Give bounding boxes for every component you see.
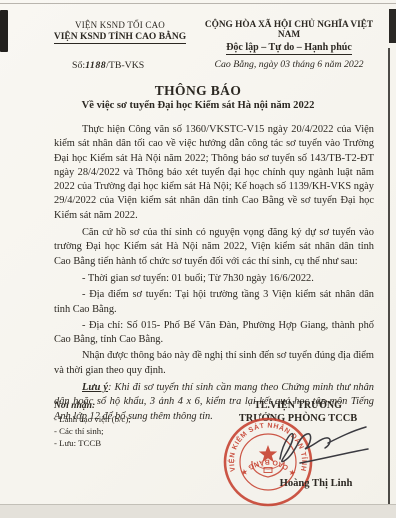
place-and-date: Cao Bằng, ngày 03 tháng 6 năm 2022 (196, 59, 382, 70)
bullet-venue: - Địa điểm sơ tuyển: Tại hội trường tầng… (54, 288, 374, 317)
paragraph-legal-basis: Thực hiện Công văn số 1360/VKSTC-V15 ngà… (54, 123, 374, 223)
parent-agency-name: VIỆN KSND TỐI CAO (34, 20, 206, 30)
bullet-time: - Thời gian sơ tuyển: 01 buổi; Từ 7h30 n… (54, 272, 374, 286)
agency-name: VIỆN KSND TỈNH CAO BẰNG (34, 32, 206, 44)
scan-margin-bottom (0, 505, 396, 518)
scan-edge-right (388, 48, 390, 504)
signer-name: Hoàng Thị Linh (248, 478, 384, 489)
recipient-item: - Lưu: TCCB (54, 438, 131, 448)
national-title: CỘNG HÒA XÃ HỘI CHỦ NGHĨA VIỆT NAM (196, 20, 382, 40)
recipients-label: Nơi nhận: (54, 400, 131, 411)
paragraph-instruction: Nhận được thông báo này đề nghị thí sinh… (54, 349, 374, 378)
handwritten-signature (270, 417, 374, 477)
scan-artifact-top-right (389, 9, 396, 43)
scan-artifact-top-left (0, 10, 8, 52)
signer-authority: TL.VIỆN TRƯỞNG (208, 400, 388, 411)
document-number: Số:1188/TB-VKS (72, 60, 144, 71)
national-motto-block: CỘNG HÒA XÃ HỘI CHỦ NGHĨA VIỆT NAM Độc l… (196, 20, 382, 55)
paragraph-purpose: Căn cứ hồ sơ của thí sinh có nguyện vọng… (54, 226, 374, 269)
recipients-block: Nơi nhận: - Lãnh đạo viện (b/c); - Các t… (54, 400, 131, 448)
recipient-item: - Lãnh đạo viện (b/c); (54, 414, 131, 424)
document-number-suffix: /TB-VKS (106, 60, 144, 71)
national-motto: Độc lập – Tự do – Hạnh phúc (196, 42, 382, 55)
issuing-agency-block: VIỆN KSND TỐI CAO VIỆN KSND TỈNH CAO BẰN… (34, 20, 206, 44)
document-number-handwritten: 1188 (85, 60, 106, 71)
document-body: Thực hiện Công văn số 1360/VKSTC-V15 ngà… (54, 123, 374, 427)
document-title: THÔNG BÁO (0, 83, 396, 99)
scanned-document-page: VIỆN KSND TỐI CAO VIỆN KSND TỈNH CAO BẰN… (0, 0, 396, 518)
note-label: Lưu ý (82, 382, 108, 393)
document-subtitle: Về việc sơ tuyển Đại học Kiểm sát Hà nội… (0, 100, 396, 111)
recipient-item: - Các thí sinh; (54, 426, 131, 436)
document-number-label: Số: (72, 60, 85, 71)
scan-edge-top (0, 3, 396, 4)
bullet-address: - Địa chỉ: Số 015- Phố Bế Văn Đàn, Phườn… (54, 319, 374, 348)
